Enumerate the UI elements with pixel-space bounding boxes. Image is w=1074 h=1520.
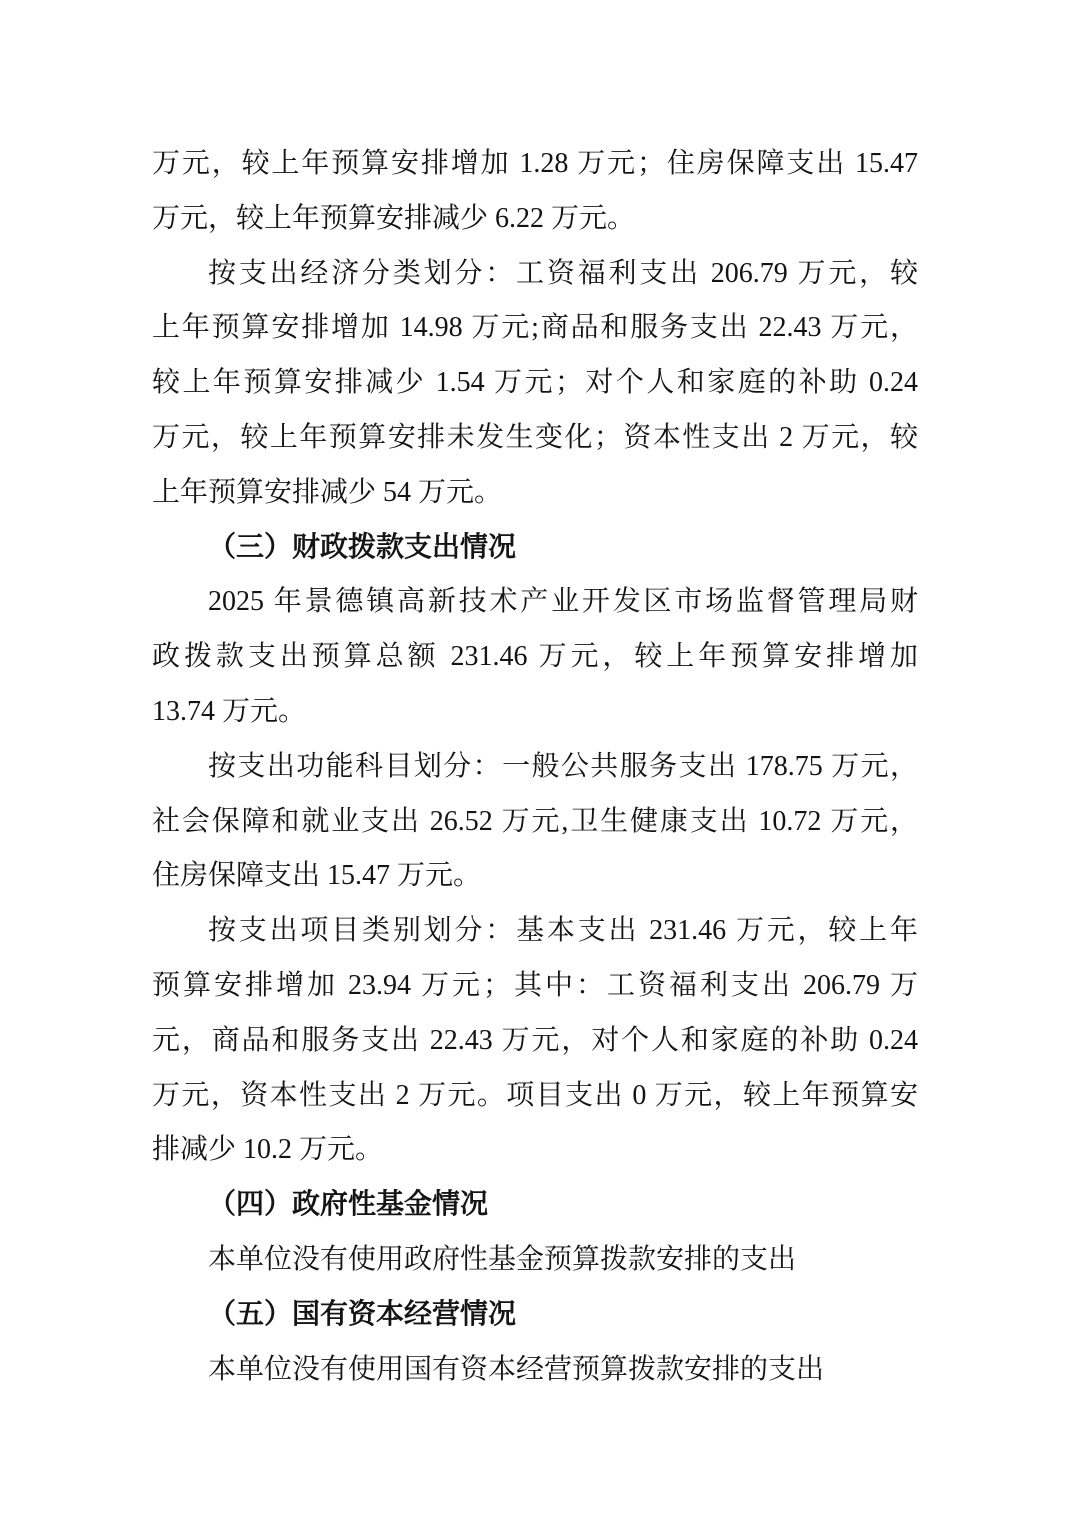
document-page: 万元，较上年预算安排增加 1.28 万元；住房保障支出 15.47万元，较上年预… bbox=[0, 0, 1074, 1520]
section-heading: （三）财政拨款支出情况 bbox=[152, 521, 918, 576]
text-line: 万元，较上年预算安排减少 6.22 万元。 bbox=[152, 192, 918, 247]
heading-block: （三）财政拨款支出情况 bbox=[152, 521, 918, 576]
text-line: 按支出功能科目划分：一般公共服务支出 178.75 万元， bbox=[152, 740, 918, 795]
text-line: 按支出经济分类划分：工资福利支出 206.79 万元，较 bbox=[152, 247, 918, 302]
paragraph-block: 本单位没有使用国有资本经营预算拨款安排的支出 bbox=[152, 1343, 918, 1398]
text-line: 按支出项目类别划分：基本支出 231.46 万元，较上年 bbox=[152, 904, 918, 959]
paragraph-block: 本单位没有使用政府性基金预算拨款安排的支出 bbox=[152, 1233, 918, 1288]
text-line: 住房保障支出 15.47 万元。 bbox=[152, 849, 918, 904]
section-heading: （四）政府性基金情况 bbox=[152, 1178, 918, 1233]
text-line: 2025 年景德镇高新技术产业开发区市场监督管理局财 bbox=[152, 575, 918, 630]
heading-block: （五）国有资本经营情况 bbox=[152, 1288, 918, 1343]
heading-block: （四）政府性基金情况 bbox=[152, 1178, 918, 1233]
section-heading: （五）国有资本经营情况 bbox=[152, 1288, 918, 1343]
text-line: 预算安排增加 23.94 万元；其中：工资福利支出 206.79 万 bbox=[152, 959, 918, 1014]
text-line: 元，商品和服务支出 22.43 万元，对个人和家庭的补助 0.24 bbox=[152, 1014, 918, 1069]
text-line: 万元，较上年预算安排未发生变化；资本性支出 2 万元，较 bbox=[152, 411, 918, 466]
text-line: 排减少 10.2 万元。 bbox=[152, 1123, 918, 1178]
text-line: 上年预算安排减少 54 万元。 bbox=[152, 466, 918, 521]
text-line: 本单位没有使用政府性基金预算拨款安排的支出 bbox=[152, 1233, 918, 1288]
text-line: 政拨款支出预算总额 231.46 万元，较上年预算安排增加 bbox=[152, 630, 918, 685]
text-line: 社会保障和就业支出 26.52 万元,卫生健康支出 10.72 万元， bbox=[152, 795, 918, 850]
text-line: 上年预算安排增加 14.98 万元;商品和服务支出 22.43 万元， bbox=[152, 301, 918, 356]
text-line: 13.74 万元。 bbox=[152, 685, 918, 740]
text-line: 万元，较上年预算安排增加 1.28 万元；住房保障支出 15.47 bbox=[152, 137, 918, 192]
paragraph-block: 按支出项目类别划分：基本支出 231.46 万元，较上年预算安排增加 23.94… bbox=[152, 904, 918, 1178]
text-line: 万元，资本性支出 2 万元。项目支出 0 万元，较上年预算安 bbox=[152, 1069, 918, 1124]
document-body: 万元，较上年预算安排增加 1.28 万元；住房保障支出 15.47万元，较上年预… bbox=[152, 137, 918, 1397]
paragraph-block: 按支出功能科目划分：一般公共服务支出 178.75 万元，社会保障和就业支出 2… bbox=[152, 740, 918, 904]
text-line: 较上年预算安排减少 1.54 万元；对个人和家庭的补助 0.24 bbox=[152, 356, 918, 411]
paragraph-block: 按支出经济分类划分：工资福利支出 206.79 万元，较上年预算安排增加 14.… bbox=[152, 247, 918, 521]
paragraph-block: 2025 年景德镇高新技术产业开发区市场监督管理局财政拨款支出预算总额 231.… bbox=[152, 575, 918, 739]
paragraph-block: 万元，较上年预算安排增加 1.28 万元；住房保障支出 15.47万元，较上年预… bbox=[152, 137, 918, 247]
text-line: 本单位没有使用国有资本经营预算拨款安排的支出 bbox=[152, 1343, 918, 1398]
